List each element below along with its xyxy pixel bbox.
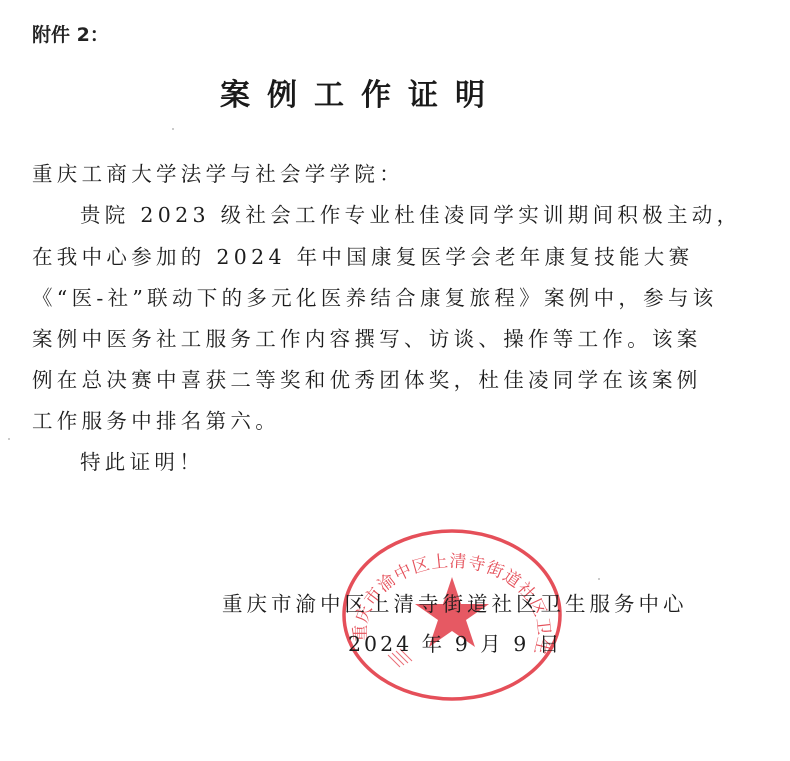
signature-date: 2024 年 9 月 9 日 [348,627,562,657]
scan-speck [8,438,10,440]
paragraph-line-3: 《“医-社”联动下的多元化医养结合康复旅程》案例中，参与该 [32,281,718,311]
paragraph-line-5: 例在总决赛中喜获二等奖和优秀团体奖，杜佳凌同学在该案例 [32,363,702,393]
paragraph-line-6: 工作服务中排名第六。 [32,404,280,434]
scan-speck [598,578,600,580]
closing-statement: 特此证明！ [80,445,204,475]
scan-speck [172,128,174,130]
attachment-label: 附件 2： [32,20,109,47]
document-title: 案例工作证明 [220,70,502,114]
signature-organization: 重庆市渝中区上清寺街道社区卫生服务中心 [222,587,688,617]
paragraph-line-1: 贵院 2023 级社会工作专业杜佳凌同学实训期间积极主动， [80,198,741,228]
paragraph-line-2: 在我中心参加的 2024 年中国康复医学会老年康复技能大赛 [32,240,693,270]
paragraph-line-4: 案例中医务社工服务工作内容撰写、访谈、操作等工作。该案 [32,322,702,352]
addressee: 重庆工商大学法学与社会学学院： [32,157,404,187]
